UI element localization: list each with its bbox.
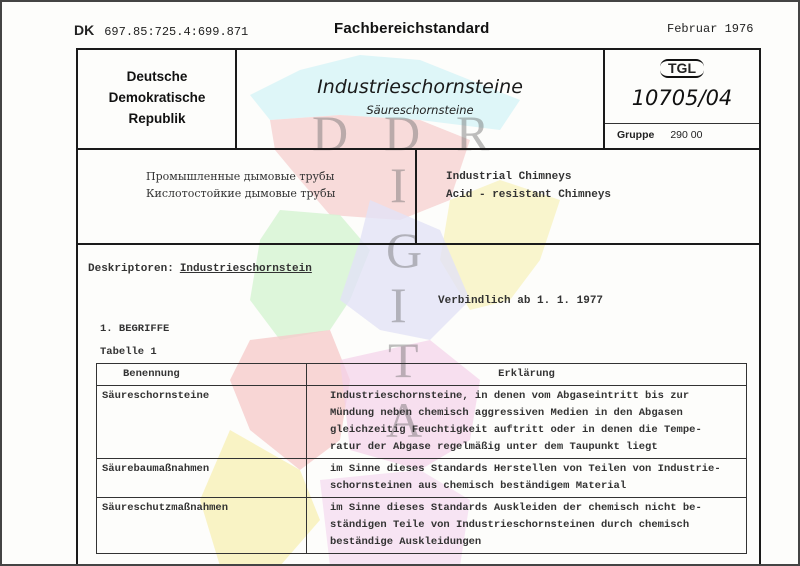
dk-label: DK (74, 22, 94, 38)
document-body: Deskriptoren:Industrieschornstein Verbin… (76, 243, 761, 566)
country-box: Deutsche Demokratische Republik (76, 48, 237, 150)
tgl-logo-text: TGL (660, 59, 704, 78)
publication-date: Februar 1976 (667, 22, 753, 36)
country-line: Republik (78, 108, 236, 129)
russian-title-box: Промышленные дымовые трубы Кислотостойки… (76, 148, 417, 245)
table-caption: Tabelle 1 (100, 346, 157, 358)
definition-cell: im Sinne dieses Standards Auskleiden der… (307, 498, 747, 554)
column-header: Erklärung (307, 364, 747, 386)
definition-cell: im Sinne dieses Standards Herstellen von… (307, 459, 747, 498)
table-row: Säureschornsteine Industrieschornsteine,… (97, 386, 747, 459)
table-row: Säureschutzmaßnahmen im Sinne dieses Sta… (97, 498, 747, 554)
russian-line: Промышленные дымовые трубы (146, 168, 335, 185)
document-subtitle: Säureschornsteine (236, 103, 604, 117)
gruppe-label: Gruppe (617, 129, 654, 141)
dk-number: 697.85:725.4:699.871 (104, 25, 248, 39)
english-title: Industrial Chimneys Acid - resistant Chi… (446, 168, 611, 204)
russian-line: Кислотостойкие дымовые трубы (146, 185, 335, 202)
divider (605, 123, 759, 124)
definition-cell: Industrieschornsteine, in denen vom Abga… (307, 386, 747, 459)
tgl-logo: TGL (605, 59, 759, 78)
english-line: Acid - resistant Chimneys (446, 186, 611, 204)
descriptor-keyword: Industrieschornstein (180, 263, 312, 275)
document-title: Industrieschornsteine (236, 76, 604, 98)
country-name: Deutsche Demokratische Republik (78, 66, 236, 129)
term-cell: Säureschutzmaßnahmen (97, 498, 307, 554)
table-header-row: Benennung Erklärung (97, 364, 747, 386)
term-cell: Säurebaumaßnahmen (97, 459, 307, 498)
tgl-box: TGL 10705/04 Gruppe290 00 (603, 48, 761, 150)
standard-type: Fachbereichstandard (334, 20, 490, 37)
binding-date: Verbindlich ab 1. 1. 1977 (438, 295, 603, 307)
tgl-number: 10705/04 (605, 86, 759, 110)
english-title-box: Industrial Chimneys Acid - resistant Chi… (415, 148, 761, 245)
dk-classification: DK697.85:725.4:699.871 (74, 22, 248, 39)
descriptors-label: Deskriptoren: (88, 263, 174, 275)
country-line: Demokratische (78, 87, 236, 108)
descriptors: Deskriptoren:Industrieschornstein (88, 263, 312, 275)
english-line: Industrial Chimneys (446, 168, 611, 186)
gruppe: Gruppe290 00 (617, 129, 702, 141)
table-row: Säurebaumaßnahmen im Sinne dieses Standa… (97, 459, 747, 498)
russian-title: Промышленные дымовые трубы Кислотостойки… (146, 168, 335, 202)
definitions-table: Benennung Erklärung Säureschornsteine In… (96, 363, 747, 554)
country-line: Deutsche (78, 66, 236, 87)
column-header: Benennung (97, 364, 307, 386)
gruppe-value: 290 00 (670, 129, 702, 141)
term-cell: Säureschornsteine (97, 386, 307, 459)
title-box: Industrieschornsteine Säureschornsteine (235, 48, 605, 150)
section-heading: 1. BEGRIFFE (100, 323, 169, 335)
